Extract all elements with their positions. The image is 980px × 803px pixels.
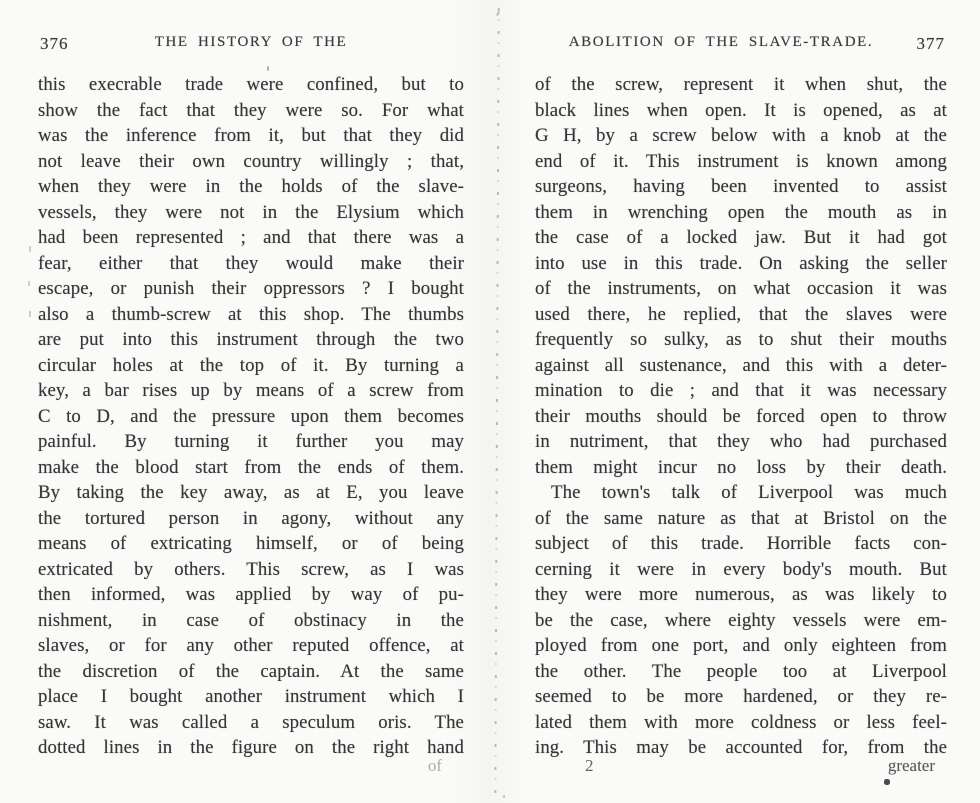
- page-right-footer: 2 greater: [535, 756, 947, 780]
- text-line: against all sustenance, and this with a …: [535, 353, 947, 379]
- text-line: had been represented ; and that there wa…: [38, 225, 464, 251]
- text-line: make the blood start from the ends of th…: [38, 455, 464, 481]
- text-line: means of extricating himself, or of bein…: [38, 531, 464, 557]
- text-line: in nutriment, that they who had purchase…: [535, 429, 947, 455]
- text-line: of the screw, represent it when shut, th…: [535, 72, 947, 98]
- ink-speck: [267, 66, 269, 71]
- text-line: this execrable trade were confined, but …: [38, 72, 464, 98]
- text-line: the other. The people too at Liverpool: [535, 659, 947, 685]
- page-number-right: 377: [917, 34, 946, 54]
- text-line: mination to die ; and that it was necess…: [535, 378, 947, 404]
- text-line: C to D, and the pressure upon them becom…: [38, 404, 464, 430]
- page-right-header: ABOLITION OF THE SLAVE-TRADE. 377: [535, 34, 947, 58]
- text-line: ployed from one port, and only eighteen …: [535, 633, 947, 659]
- text-line: subject of this trade. Horrible facts co…: [535, 531, 947, 557]
- text-line: fear, either that they would make their: [38, 251, 464, 277]
- text-line: key, a bar rises up by means of a screw …: [38, 378, 464, 404]
- page-number-left: 376: [40, 34, 69, 54]
- text-line: lated them with more coldness or less fe…: [535, 710, 947, 736]
- text-line: black lines when open. It is opened, as …: [535, 98, 947, 124]
- text-line: place I bought another instrument which …: [38, 684, 464, 710]
- page-left-header: 376 THE HISTORY OF THE: [38, 34, 464, 58]
- text-line: saw. It was called a speculum oris. The: [38, 710, 464, 736]
- text-line: seemed to be more hardened, or they re-: [535, 684, 947, 710]
- text-line: was the inference from it, but that they…: [38, 123, 464, 149]
- text-line: they were more numerous, as was likely t…: [535, 582, 947, 608]
- text-line: also a thumb-screw at this shop. The thu…: [38, 302, 464, 328]
- text-line: surgeons, having been invented to assist: [535, 174, 947, 200]
- book-gutter-line: [494, 8, 499, 796]
- text-line: vessels, they were not in the Elysium wh…: [38, 200, 464, 226]
- catchword-left: of: [428, 756, 442, 776]
- margin-mark: [28, 281, 30, 286]
- text-line: their mouths should be forced open to th…: [535, 404, 947, 430]
- text-line: painful. By turning it further you may: [38, 429, 464, 455]
- text-line: end of it. This instrument is known amon…: [535, 149, 947, 175]
- book-scan: 376 THE HISTORY OF THE this execrable tr…: [0, 0, 980, 803]
- text-line: G H, by a screw below with a knob at the: [535, 123, 947, 149]
- page-left-text: this execrable trade were confined, but …: [38, 72, 464, 761]
- text-line: them in wrenching open the mouth as in: [535, 200, 947, 226]
- text-line: the case of a locked jaw. But it had got: [535, 225, 947, 251]
- margin-mark: [29, 311, 31, 317]
- text-line: when they were in the holds of the slave…: [38, 174, 464, 200]
- catchword-right: greater: [888, 756, 935, 776]
- margin-mark: [29, 246, 31, 252]
- text-line: frequently so sulky, as to shut their mo…: [535, 327, 947, 353]
- page-right: ABOLITION OF THE SLAVE-TRADE. 377 of the…: [535, 34, 947, 58]
- text-line: into use in this trade. On asking the se…: [535, 251, 947, 277]
- text-line: not leave their own country willingly ; …: [38, 149, 464, 175]
- text-line: circular holes at the top of it. By turn…: [38, 353, 464, 379]
- running-header-left: THE HISTORY OF THE: [38, 34, 464, 51]
- text-line: the discretion of the captain. At the sa…: [38, 659, 464, 685]
- text-line: escape, or punish their oppressors ? I b…: [38, 276, 464, 302]
- text-line: By taking the key away, as at E, you lea…: [38, 480, 464, 506]
- text-line: then informed, was applied by way of pu-: [38, 582, 464, 608]
- text-line: cerning it were in every body's mouth. B…: [535, 557, 947, 583]
- page-left: 376 THE HISTORY OF THE this execrable tr…: [38, 34, 464, 58]
- text-line: the tortured person in agony, without an…: [38, 506, 464, 532]
- text-line: show the fact that they were so. For wha…: [38, 98, 464, 124]
- page-left-footer: of: [38, 756, 464, 780]
- text-line: be the case, where eighty vessels were e…: [535, 608, 947, 634]
- ink-speck: [503, 795, 505, 798]
- text-line: of the instruments, on what occasion it …: [535, 276, 947, 302]
- text-line: are put into this instrument through the…: [38, 327, 464, 353]
- text-line: of the same nature as that at Bristol on…: [535, 506, 947, 532]
- page-right-text: of the screw, represent it when shut, th…: [535, 72, 947, 761]
- text-line: slaves, or for any other reputed offence…: [38, 633, 464, 659]
- text-line: nishment, in case of obstinacy in the: [38, 608, 464, 634]
- running-header-right: ABOLITION OF THE SLAVE-TRADE.: [515, 34, 927, 51]
- ink-speck: [884, 779, 890, 785]
- text-line: extricated by others. This screw, as I w…: [38, 557, 464, 583]
- text-line: them might incur no loss by their death.: [535, 455, 947, 481]
- text-line: used there, he replied, that the slaves …: [535, 302, 947, 328]
- signature-mark: 2: [585, 756, 594, 776]
- text-line: The town's talk of Liverpool was much: [535, 480, 947, 506]
